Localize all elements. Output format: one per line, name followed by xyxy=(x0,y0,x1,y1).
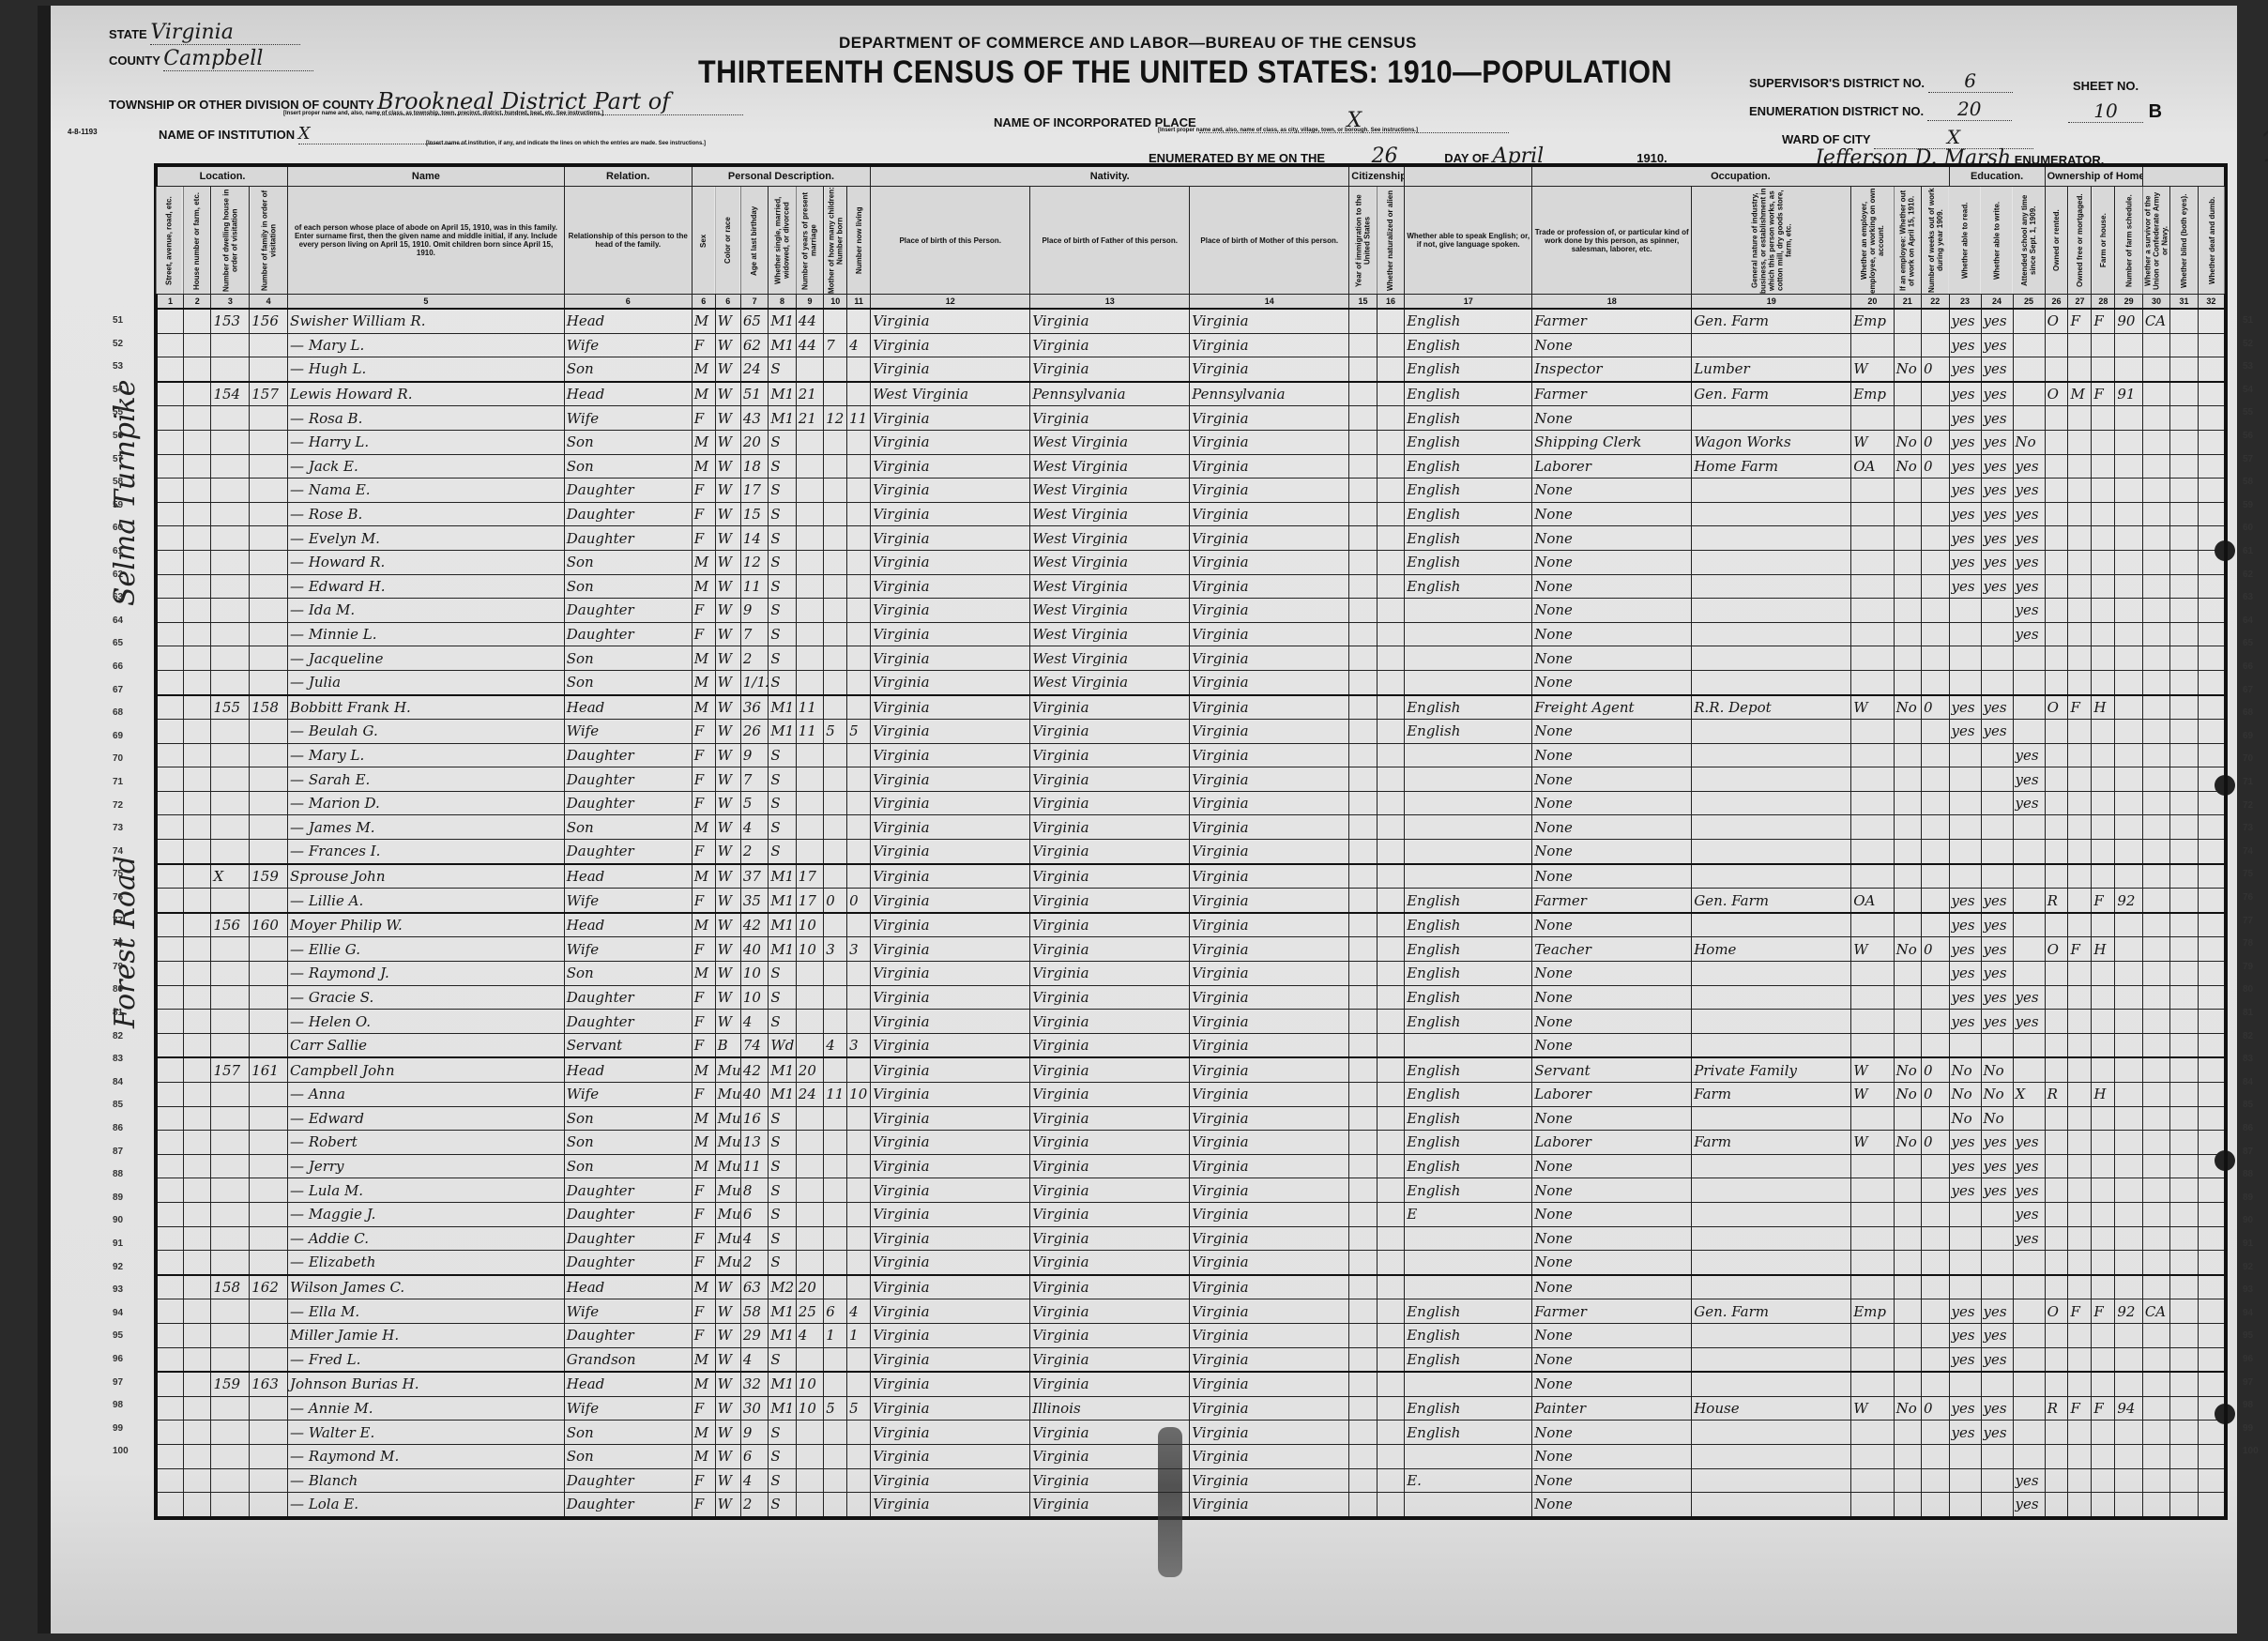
cell-eng: English xyxy=(1405,1323,1532,1347)
cell-born: 4 xyxy=(824,1033,847,1057)
cell-yrs xyxy=(796,743,823,767)
cell-ind xyxy=(1692,670,1851,694)
cell-ms: S xyxy=(769,599,796,623)
cell-eng: English xyxy=(1405,430,1532,454)
cell-own xyxy=(2045,985,2068,1010)
cell-age: 36 xyxy=(740,695,768,720)
cell-read: yes xyxy=(1949,1421,1981,1445)
column-number: 26 xyxy=(2045,295,2068,310)
cell-house xyxy=(183,913,210,937)
table-row: — JuliaSonMW1/12SVirginiaWest VirginiaVi… xyxy=(156,670,2226,694)
cell-rel: Head xyxy=(564,864,692,889)
cell-wks xyxy=(1922,913,1950,937)
cell-dw xyxy=(211,937,250,962)
cell-born xyxy=(824,309,847,333)
line-number: 58 xyxy=(2243,477,2253,487)
cell-ms: S xyxy=(769,574,796,599)
cell-oow xyxy=(1894,1010,1921,1034)
column-number: 15 xyxy=(1349,295,1377,310)
cell-mpob: Virginia xyxy=(1190,840,1349,864)
cell-ind xyxy=(1692,743,1851,767)
cell-dw xyxy=(211,1396,250,1421)
cell-age: 51 xyxy=(740,382,768,406)
cell-street xyxy=(156,1226,183,1251)
cell-fam xyxy=(250,1421,288,1445)
cell-fh xyxy=(2092,985,2115,1010)
cell-fpob: Virginia xyxy=(1030,985,1190,1010)
cell-fpob: West Virginia xyxy=(1030,622,1190,646)
cell-born: 5 xyxy=(824,720,847,744)
cell-trade: None xyxy=(1532,622,1692,646)
cell-street xyxy=(156,937,183,962)
line-number: 70 xyxy=(2243,753,2253,764)
cell-oow xyxy=(1894,646,1921,671)
cell-blind xyxy=(2170,526,2198,551)
cell-trade: None xyxy=(1532,1372,1692,1396)
cell-free xyxy=(2068,454,2092,479)
cell-blind xyxy=(2170,1444,2198,1468)
cell-dw xyxy=(211,962,250,986)
cell-wks xyxy=(1922,1372,1950,1396)
cell-house xyxy=(183,382,210,406)
cell-blind xyxy=(2170,1275,2198,1299)
cell-mpob: Virginia xyxy=(1190,1226,1349,1251)
cell-race: W xyxy=(715,479,740,503)
census-sheet: State Virginia County Campbell Township … xyxy=(38,6,2237,1633)
cell-mpob: Virginia xyxy=(1190,357,1349,382)
cell-rel: Daughter xyxy=(564,743,692,767)
cell-read: yes xyxy=(1949,1131,1981,1155)
cell-ms: S xyxy=(769,1444,796,1468)
table-row: — JerrySonMMu11SVirginiaVirginiaVirginia… xyxy=(156,1154,2226,1178)
cell-own xyxy=(2045,646,2068,671)
cell-read: yes xyxy=(1949,720,1981,744)
table-row: 158162Wilson James C.HeadMW63M220Virgini… xyxy=(156,1275,2226,1299)
cell-eng xyxy=(1405,1493,1532,1518)
cell-pob: Virginia xyxy=(871,1444,1030,1468)
cell-wks xyxy=(1922,1154,1950,1178)
cell-age: 9 xyxy=(740,599,768,623)
cell-own xyxy=(2045,864,2068,889)
cell-ms: S xyxy=(769,1468,796,1493)
line-number: 91 xyxy=(2243,1238,2253,1249)
cell-dw xyxy=(211,574,250,599)
cell-house xyxy=(183,1154,210,1178)
cell-own xyxy=(2045,333,2068,357)
cell-rel: Daughter xyxy=(564,1323,692,1347)
cell-living: 10 xyxy=(847,1083,871,1107)
cell-deaf xyxy=(2198,1299,2226,1324)
cell-born xyxy=(824,1010,847,1034)
cell-free xyxy=(2068,1010,2092,1034)
line-number: 51 xyxy=(113,315,123,326)
cell-pob: Virginia xyxy=(871,1323,1030,1347)
cell-trade: None xyxy=(1532,1275,1692,1299)
column-description: Whether deaf and dumb. xyxy=(2198,187,2226,295)
cell-trade: None xyxy=(1532,479,1692,503)
cell-nat xyxy=(1377,1154,1404,1178)
cell-rel: Daughter xyxy=(564,985,692,1010)
cell-ms: S xyxy=(769,526,796,551)
cell-rel: Wife xyxy=(564,1083,692,1107)
column-number-row: 1234566678910111213141516171819202122232… xyxy=(156,295,2226,310)
cell-free xyxy=(2068,1251,2092,1275)
cell-fh xyxy=(2092,1131,2115,1155)
cell-yrs xyxy=(796,791,823,815)
cell-race: W xyxy=(715,454,740,479)
cell-immig xyxy=(1349,1347,1377,1372)
column-description: If an employee: Whether out of work on A… xyxy=(1894,187,1921,295)
cell-wks xyxy=(1922,1299,1950,1324)
cell-school xyxy=(2013,1347,2045,1372)
cell-trade: Servant xyxy=(1532,1057,1692,1082)
cell-emp xyxy=(1851,646,1894,671)
cell-street xyxy=(156,622,183,646)
cell-race: W xyxy=(715,599,740,623)
cell-free xyxy=(2068,1057,2092,1082)
cell-house xyxy=(183,1131,210,1155)
cell-ind xyxy=(1692,913,1851,937)
cell-oow xyxy=(1894,309,1921,333)
cell-deaf xyxy=(2198,430,2226,454)
cell-oow xyxy=(1894,1178,1921,1203)
cell-fh xyxy=(2092,622,2115,646)
cell-mpob: Virginia xyxy=(1190,599,1349,623)
cell-name: — Minnie L. xyxy=(288,622,565,646)
cell-fpob: Virginia xyxy=(1030,1299,1190,1324)
cell-oow xyxy=(1894,1154,1921,1178)
cell-born xyxy=(824,1251,847,1275)
cell-sched xyxy=(2115,1202,2143,1226)
column-description: Number of family in order of visitation xyxy=(250,187,288,295)
cell-age: 12 xyxy=(740,550,768,574)
cell-born xyxy=(824,1202,847,1226)
cell-mpob: Virginia xyxy=(1190,1033,1349,1057)
cell-fam: 162 xyxy=(250,1275,288,1299)
cell-ms: M1 xyxy=(769,1323,796,1347)
cell-vet xyxy=(2142,333,2169,357)
cell-ind xyxy=(1692,1178,1851,1203)
cell-fpob: Virginia xyxy=(1030,1226,1190,1251)
line-number: 56 xyxy=(113,431,123,441)
cell-emp: Emp xyxy=(1851,1299,1894,1324)
cell-free: F xyxy=(2068,1299,2092,1324)
cell-deaf xyxy=(2198,309,2226,333)
cell-nat xyxy=(1377,1010,1404,1034)
cell-living xyxy=(847,1372,871,1396)
cell-fh xyxy=(2092,454,2115,479)
line-number: 86 xyxy=(113,1123,123,1133)
cell-pob: Virginia xyxy=(871,1396,1030,1421)
cell-ms: M1 xyxy=(769,889,796,913)
cell-name: — Rose B. xyxy=(288,502,565,526)
line-number: 77 xyxy=(113,916,123,926)
cell-street xyxy=(156,1323,183,1347)
cell-mpob: Virginia xyxy=(1190,574,1349,599)
cell-read: No xyxy=(1949,1083,1981,1107)
cell-fh xyxy=(2092,1251,2115,1275)
cell-write xyxy=(1981,1226,2013,1251)
cell-living xyxy=(847,574,871,599)
cell-blind xyxy=(2170,1251,2198,1275)
cell-write: yes xyxy=(1981,502,2013,526)
cell-mpob: Virginia xyxy=(1190,1347,1349,1372)
column-group-header: Name xyxy=(288,165,565,187)
table-row: — Nama E.DaughterFW17SVirginiaWest Virgi… xyxy=(156,479,2226,503)
table-row: 159163Johnson Burias H.HeadMW32M110Virgi… xyxy=(156,1372,2226,1396)
cell-yrs: 24 xyxy=(796,1083,823,1107)
cell-fh xyxy=(2092,357,2115,382)
cell-dw xyxy=(211,985,250,1010)
cell-deaf xyxy=(2198,1010,2226,1034)
line-number: 90 xyxy=(113,1215,123,1225)
cell-blind xyxy=(2170,1057,2198,1082)
cell-wks xyxy=(1922,1493,1950,1518)
column-number: 11 xyxy=(847,295,871,310)
cell-vet xyxy=(2142,1372,2169,1396)
cell-emp xyxy=(1851,406,1894,431)
cell-street xyxy=(156,454,183,479)
cell-dw xyxy=(211,1444,250,1468)
cell-street xyxy=(156,1131,183,1155)
cell-name: — Nama E. xyxy=(288,479,565,503)
table-row: — Ella M.WifeFW58M12564VirginiaVirginiaV… xyxy=(156,1299,2226,1324)
cell-blind xyxy=(2170,985,2198,1010)
cell-yrs xyxy=(796,1106,823,1131)
cell-own xyxy=(2045,1154,2068,1178)
cell-living xyxy=(847,913,871,937)
column-number: 29 xyxy=(2115,295,2143,310)
cell-age: 30 xyxy=(740,1396,768,1421)
cell-fam xyxy=(250,1154,288,1178)
line-number: 83 xyxy=(113,1054,123,1064)
cell-ms: M1 xyxy=(769,382,796,406)
line-number: 93 xyxy=(2243,1284,2253,1295)
cell-vet xyxy=(2142,622,2169,646)
cell-fam xyxy=(250,1033,288,1057)
cell-pob: Virginia xyxy=(871,479,1030,503)
cell-dw xyxy=(211,1083,250,1107)
cell-deaf xyxy=(2198,889,2226,913)
cell-blind xyxy=(2170,1154,2198,1178)
cell-nat xyxy=(1377,1372,1404,1396)
cell-yrs: 11 xyxy=(796,695,823,720)
cell-own xyxy=(2045,1131,2068,1155)
column-description: Trade or profession of, or particular ki… xyxy=(1532,187,1692,295)
cell-ms: S xyxy=(769,743,796,767)
cell-born xyxy=(824,1275,847,1299)
cell-write: yes xyxy=(1981,574,2013,599)
cell-read xyxy=(1949,1202,1981,1226)
cell-pob: Virginia xyxy=(871,430,1030,454)
column-description: Whether able to read. xyxy=(1949,187,1981,295)
cell-sex: F xyxy=(692,1251,715,1275)
cell-yrs xyxy=(796,1202,823,1226)
cell-ind xyxy=(1692,599,1851,623)
cell-write: yes xyxy=(1981,1178,2013,1203)
cell-vet xyxy=(2142,743,2169,767)
cell-pob: Virginia xyxy=(871,1493,1030,1518)
cell-street xyxy=(156,1251,183,1275)
cell-emp xyxy=(1851,864,1894,889)
cell-sex: M xyxy=(692,1421,715,1445)
cell-name: Carr Sallie xyxy=(288,1033,565,1057)
cell-race: Mu xyxy=(715,1106,740,1131)
cell-fh xyxy=(2092,1275,2115,1299)
line-number: 98 xyxy=(2243,1400,2253,1410)
line-number: 52 xyxy=(2243,339,2253,349)
cell-emp xyxy=(1851,550,1894,574)
cell-born xyxy=(824,574,847,599)
cell-eng: E xyxy=(1405,1202,1532,1226)
cell-fam: 159 xyxy=(250,864,288,889)
cell-immig xyxy=(1349,889,1377,913)
line-number: 59 xyxy=(113,500,123,510)
cell-ms: M1 xyxy=(769,864,796,889)
cell-name: — Raymond J. xyxy=(288,962,565,986)
cell-house xyxy=(183,1396,210,1421)
cell-race: W xyxy=(715,1372,740,1396)
cell-age: 6 xyxy=(740,1444,768,1468)
cell-street xyxy=(156,309,183,333)
cell-oow xyxy=(1894,1468,1921,1493)
cell-trade: None xyxy=(1532,1154,1692,1178)
cell-free xyxy=(2068,913,2092,937)
cell-ind xyxy=(1692,815,1851,840)
institution-field: Name of institution X xyxy=(159,124,467,144)
cell-sched xyxy=(2115,550,2143,574)
cell-own xyxy=(2045,1106,2068,1131)
cell-oow xyxy=(1894,985,1921,1010)
cell-blind xyxy=(2170,550,2198,574)
cell-sex: M xyxy=(692,1347,715,1372)
cell-fh xyxy=(2092,815,2115,840)
cell-wks xyxy=(1922,815,1950,840)
cell-nat xyxy=(1377,1323,1404,1347)
cell-born xyxy=(824,1444,847,1468)
cell-emp xyxy=(1851,815,1894,840)
cell-wks xyxy=(1922,1033,1950,1057)
table-row: — Annie M.WifeFW30M11055VirginiaIllinois… xyxy=(156,1396,2226,1421)
cell-pob: Virginia xyxy=(871,962,1030,986)
cell-oow xyxy=(1894,406,1921,431)
page-stamp-number: 1582 xyxy=(2254,99,2268,172)
cell-living xyxy=(847,840,871,864)
cell-fam xyxy=(250,1323,288,1347)
cell-blind xyxy=(2170,767,2198,792)
cell-trade: None xyxy=(1532,1468,1692,1493)
cell-trade: None xyxy=(1532,333,1692,357)
cell-sched xyxy=(2115,406,2143,431)
cell-blind xyxy=(2170,962,2198,986)
cell-blind xyxy=(2170,889,2198,913)
cell-house xyxy=(183,357,210,382)
cell-age: 5 xyxy=(740,791,768,815)
cell-born xyxy=(824,357,847,382)
cell-ms: M1 xyxy=(769,1396,796,1421)
cell-pob: Virginia xyxy=(871,309,1030,333)
cell-emp xyxy=(1851,767,1894,792)
cell-emp xyxy=(1851,1178,1894,1203)
cell-oow xyxy=(1894,1493,1921,1518)
cell-name: Moyer Philip W. xyxy=(288,913,565,937)
cell-ms: Wd xyxy=(769,1033,796,1057)
cell-immig xyxy=(1349,1178,1377,1203)
cell-vet xyxy=(2142,406,2169,431)
cell-deaf xyxy=(2198,937,2226,962)
cell-mpob: Virginia xyxy=(1190,1057,1349,1082)
cell-race: W xyxy=(715,695,740,720)
cell-ind xyxy=(1692,1347,1851,1372)
state-value: Virginia xyxy=(150,21,300,45)
cell-wks xyxy=(1922,502,1950,526)
cell-pob: Virginia xyxy=(871,646,1030,671)
cell-eng xyxy=(1405,1226,1532,1251)
cell-name: — Walter E. xyxy=(288,1421,565,1445)
cell-born xyxy=(824,767,847,792)
cell-free xyxy=(2068,864,2092,889)
cell-dw: 155 xyxy=(211,695,250,720)
cell-living: 11 xyxy=(847,406,871,431)
cell-fpob: Virginia xyxy=(1030,1323,1190,1347)
cell-rel: Wife xyxy=(564,406,692,431)
cell-house xyxy=(183,840,210,864)
cell-deaf xyxy=(2198,913,2226,937)
cell-nat xyxy=(1377,985,1404,1010)
cell-oow xyxy=(1894,962,1921,986)
cell-born xyxy=(824,454,847,479)
cell-ms: S xyxy=(769,1131,796,1155)
cell-sex: F xyxy=(692,767,715,792)
cell-pob: Virginia xyxy=(871,1299,1030,1324)
cell-ind: Home xyxy=(1692,937,1851,962)
cell-read: yes xyxy=(1949,430,1981,454)
cell-pob: Virginia xyxy=(871,1468,1030,1493)
cell-sched xyxy=(2115,599,2143,623)
line-number: 58 xyxy=(113,477,123,487)
line-number: 65 xyxy=(2243,638,2253,648)
cell-yrs: 17 xyxy=(796,864,823,889)
cell-sched xyxy=(2115,1154,2143,1178)
cell-wks xyxy=(1922,599,1950,623)
cell-race: W xyxy=(715,815,740,840)
cell-fam: 156 xyxy=(250,309,288,333)
cell-fpob: Virginia xyxy=(1030,720,1190,744)
cell-dw xyxy=(211,430,250,454)
cell-pob: Virginia xyxy=(871,1347,1030,1372)
cell-sex: F xyxy=(692,333,715,357)
cell-blind xyxy=(2170,815,2198,840)
line-number: 89 xyxy=(2243,1193,2253,1203)
cell-trade: None xyxy=(1532,599,1692,623)
cell-name: — Gracie S. xyxy=(288,985,565,1010)
cell-nat xyxy=(1377,502,1404,526)
cell-ms: S xyxy=(769,430,796,454)
column-number: 9 xyxy=(796,295,823,310)
cell-nat xyxy=(1377,889,1404,913)
line-number: 75 xyxy=(2243,869,2253,879)
cell-nat xyxy=(1377,1275,1404,1299)
line-number: 71 xyxy=(113,777,123,787)
column-description: Year of immigration to the United States xyxy=(1349,187,1377,295)
cell-oow xyxy=(1894,815,1921,840)
column-number: 8 xyxy=(769,295,796,310)
cell-street xyxy=(156,767,183,792)
cell-own xyxy=(2045,1493,2068,1518)
cell-vet xyxy=(2142,550,2169,574)
cell-fam xyxy=(250,1347,288,1372)
cell-race: Mu xyxy=(715,1083,740,1107)
